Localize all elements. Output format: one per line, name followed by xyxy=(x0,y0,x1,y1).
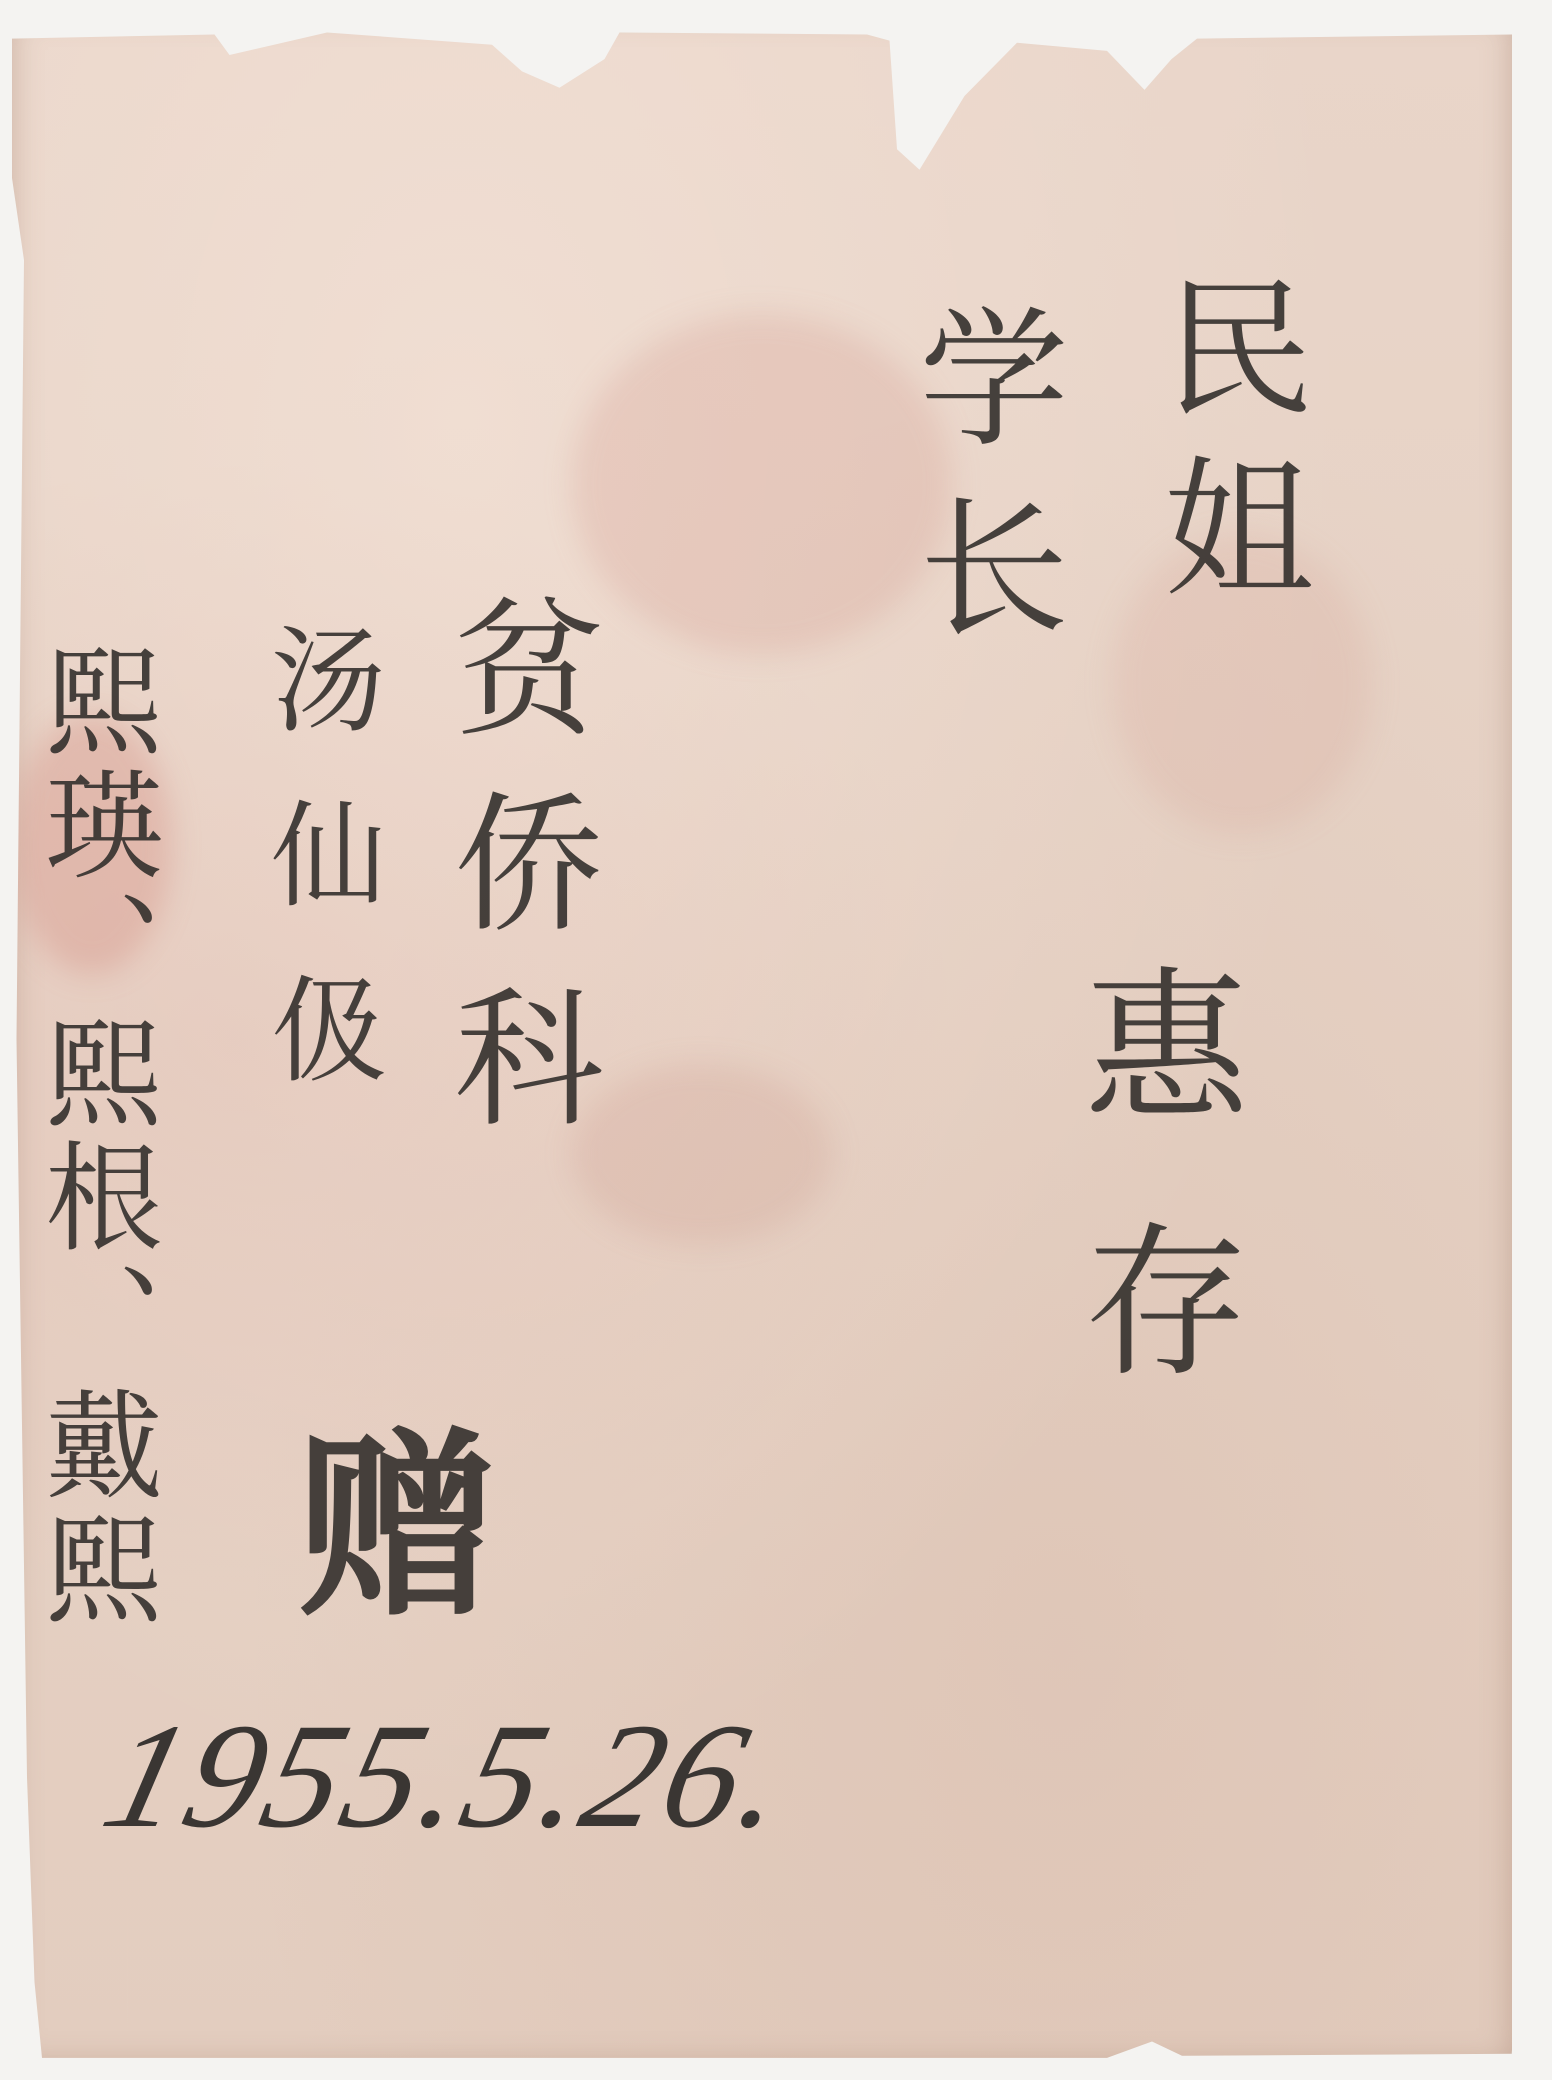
recipient-name: 民姐 xyxy=(1150,270,1300,630)
inscription-date: 1955.5.26. xyxy=(89,1690,809,1862)
sender-names: 熙瑛、熙根、戴熙 xyxy=(35,640,153,1632)
recipient-title: 学长 xyxy=(905,300,1055,680)
inscription-column-3: 贫侨科 xyxy=(440,590,590,1175)
inscription-column-4: 汤仙伋 xyxy=(260,620,375,1145)
salutation-text: 惠存 xyxy=(1070,960,1235,1470)
gift-character: 赠 xyxy=(280,1420,480,1620)
paper-stain xyxy=(572,1064,832,1244)
